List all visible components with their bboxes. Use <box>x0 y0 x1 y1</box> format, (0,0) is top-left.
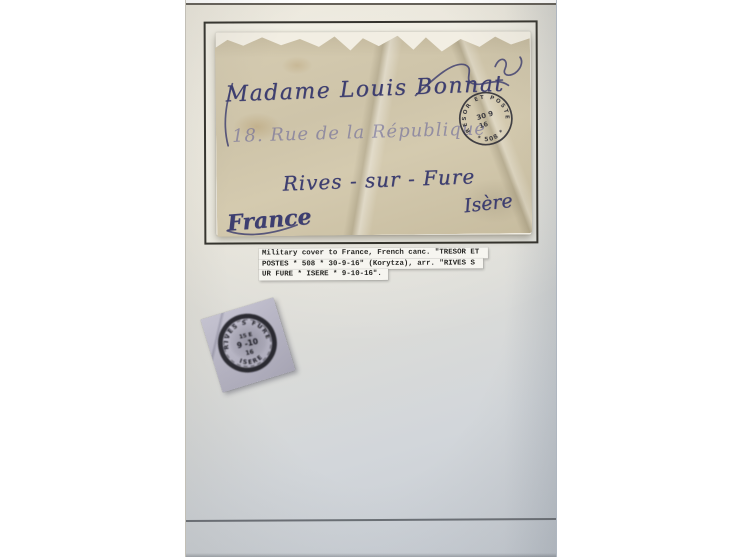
page-top-edge-line <box>186 3 556 5</box>
caption-line-3: UR FURE * ISERE * 9-10-16". <box>259 269 388 280</box>
caption-line-2: POSTES * 508 * 30-9-16" (Korytza), arr. … <box>259 258 483 270</box>
address-line-3: Rives - sur - Fure <box>282 164 475 195</box>
caption-line-1: Military cover to France, French canc. "… <box>259 247 488 259</box>
arrival-year: 16 <box>245 348 255 357</box>
photo-backdrop: Madame Louis Bonnat 18. Rue de la Républ… <box>0 0 740 557</box>
tresor-et-postes-postmark: TRESOR ET POSTES * 508 * 30 9 16 <box>447 80 524 157</box>
album-page: Madame Louis Bonnat 18. Rue de la Républ… <box>185 0 557 557</box>
military-cover: Madame Louis Bonnat 18. Rue de la Républ… <box>215 30 532 237</box>
rives-arrival-postmark: RIVES S FURE ISERE 15 E 9 -10 16 <box>201 298 296 393</box>
cover-mount-frame: Madame Louis Bonnat 18. Rue de la Républ… <box>204 20 539 244</box>
page-bottom-edge <box>186 553 556 557</box>
page-rule-line <box>186 518 556 522</box>
department-annotation: Isère <box>463 190 514 218</box>
country-annotation: France <box>226 204 312 237</box>
typed-caption: Military cover to France, French canc. "… <box>259 247 488 280</box>
stamp-fragment: RIVES S FURE ISERE 15 E 9 -10 16 <box>201 298 296 393</box>
postmark-year: 16 <box>478 120 489 130</box>
